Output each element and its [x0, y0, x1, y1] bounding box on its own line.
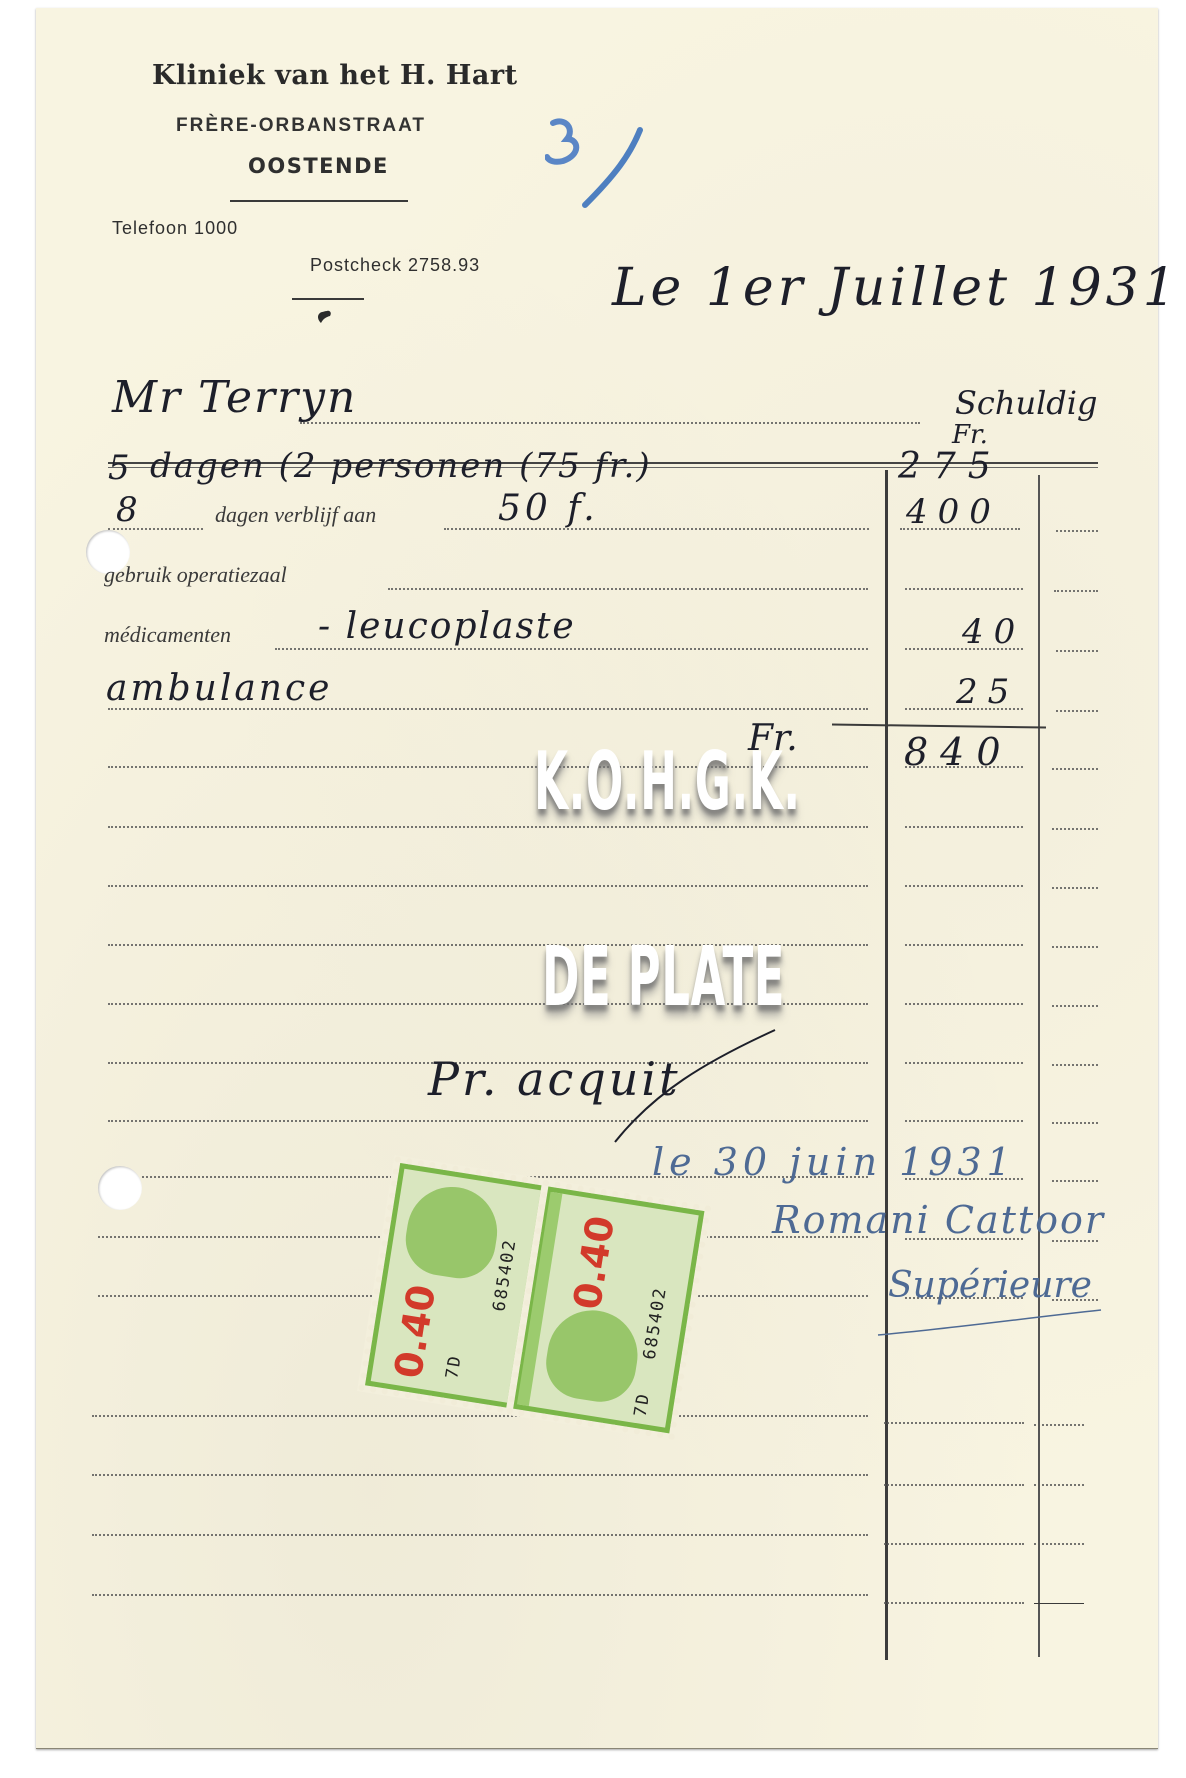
row-dotline [108, 708, 868, 710]
stamp-value: 0.40 [386, 1282, 444, 1381]
item-stay-qty: 8 [116, 490, 138, 530]
row-dotline [905, 766, 1023, 768]
item-medication-label: médicamenten [104, 622, 231, 648]
row-dotline [905, 944, 1023, 946]
row-dotline [108, 528, 203, 530]
clinic-phone: Telefoon 1000 [112, 218, 238, 239]
row-dotline [905, 588, 1023, 590]
row-dotline [92, 1594, 868, 1596]
row-dotline [1054, 590, 1098, 592]
stamp-series: 7D [442, 1353, 466, 1380]
recipient-dotline [300, 422, 920, 424]
clinic-postcheck: Postcheck 2758.93 [310, 255, 480, 276]
row-dotline [1052, 828, 1098, 830]
clinic-street: FRÈRE-ORBANSTRAAT [176, 115, 426, 137]
item-medication-note: - leucoplaste [318, 606, 576, 647]
letterhead-small-divider [292, 298, 364, 300]
item-struck-description: dagen (2 personen (75 fr.) [150, 446, 652, 486]
row-dotline [1056, 650, 1098, 652]
stamp-series: 7D [631, 1391, 655, 1418]
row-dotline [884, 1543, 1024, 1545]
letterhead-divider [230, 200, 408, 202]
recipient-name: Mr Terryn [112, 372, 357, 423]
row-dotline [1056, 530, 1098, 532]
row-dotline [884, 1422, 1024, 1424]
signature-underline [876, 1300, 1106, 1340]
item-operating-room-label: gebruik operatiezaal [104, 562, 287, 588]
item-struck-qty: 5 [108, 448, 130, 488]
row-dotline [1056, 710, 1098, 712]
item-stay-rate: 50 f. [498, 488, 599, 529]
row-dotline [884, 1602, 1024, 1604]
receipt-date: le 30 juin 1931 [652, 1140, 1016, 1184]
fleuron-icon [313, 303, 335, 325]
clinic-city: OOSTENDE [248, 154, 389, 178]
item-medication-amount: 40 [962, 612, 1025, 652]
clinic-name: Kliniek van het H. Hart [152, 60, 518, 91]
row-dotline [1052, 1180, 1098, 1182]
row-dotline [92, 1415, 868, 1417]
row-dotline [1034, 1424, 1084, 1426]
row-dotline [388, 588, 868, 590]
row-dotline [1052, 1064, 1098, 1066]
amount-column-divider [885, 470, 888, 1660]
punch-hole-bottom [98, 1166, 142, 1210]
stamp-portrait-icon [541, 1304, 644, 1407]
receipt-signature: Romani Cattoor [772, 1198, 1105, 1242]
row-dotline [1052, 1122, 1098, 1124]
item-stay-label: dagen verblijf aan [215, 502, 376, 528]
column-header-schuldig: Schuldig [955, 384, 1098, 422]
row-dotline [905, 885, 1023, 887]
fiscal-stamps: 0.40 7D 685402 0.40 7D 685402 [363, 1163, 696, 1442]
row-dotline [905, 1062, 1023, 1064]
item-ambulance-description: ambulance [106, 668, 332, 709]
item-stay-amount: 400 [906, 492, 1001, 532]
row-dotline [1034, 1484, 1084, 1486]
row-dotline [92, 1474, 868, 1476]
row-dotline [884, 1484, 1024, 1486]
stamp-serial: 685402 [640, 1285, 671, 1361]
stamp-portrait-icon [401, 1180, 504, 1283]
row-dotline [1052, 887, 1098, 889]
row-dotline [1052, 768, 1098, 770]
row-dotline [905, 1003, 1023, 1005]
watermark-de-plate: DE PLATE [542, 930, 785, 1025]
row-end-mark [1034, 1603, 1084, 1604]
blue-pencil-annotation [545, 115, 665, 215]
cents-column-divider [1038, 475, 1040, 1657]
row-dotline [905, 826, 1023, 828]
row-dotline [1052, 1005, 1098, 1007]
invoice-date: Le 1er Juillet 1931 [612, 258, 1180, 318]
row-dotline [108, 885, 868, 887]
item-struck-amount: 275 [898, 446, 1003, 487]
stamp-value: 0.40 [565, 1213, 623, 1312]
row-dotline [1034, 1543, 1084, 1545]
watermark-kohgk: K.O.H.G.K. [534, 735, 801, 828]
row-dotline [1052, 946, 1098, 948]
row-dotline [92, 1534, 868, 1536]
item-ambulance-amount: 25 [956, 672, 1019, 712]
row-dotline [905, 1120, 1023, 1122]
row-dotline [275, 648, 868, 650]
